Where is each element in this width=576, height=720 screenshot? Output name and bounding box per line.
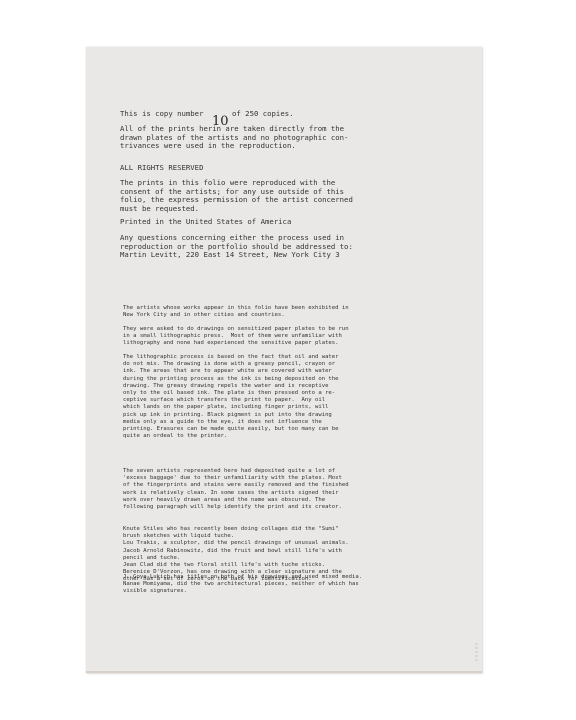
direct-prints-paragraph: All of the prints herin are taken direct… — [120, 125, 348, 151]
consent-paragraph: The prints in this folio were reproduced… — [120, 179, 353, 213]
process-paragraph: The lithographic process is based on the… — [123, 354, 339, 440]
questions-paragraph: Any questions concerning either the proc… — [120, 234, 353, 260]
baggage-paragraph: The seven artists represented here had d… — [123, 468, 349, 511]
asked-paragraph: They were asked to do drawings on sensit… — [123, 326, 349, 348]
copy-number-label: This is copy number — [120, 110, 203, 119]
printed-in-line: Printed in the United States of America — [120, 218, 291, 227]
pencil-mark — [475, 643, 478, 663]
exhibited-paragraph: The artists whose works appear in this f… — [123, 305, 349, 319]
document-page: This is copy number 10 of 250 copies. Al… — [86, 47, 482, 673]
edition-size-label: of 250 copies. — [232, 110, 294, 119]
rights-heading: ALL RIGHTS RESERVED — [120, 164, 203, 173]
artists-more-paragraph: J. Goya-Lukich has titles on both of his… — [123, 574, 362, 596]
